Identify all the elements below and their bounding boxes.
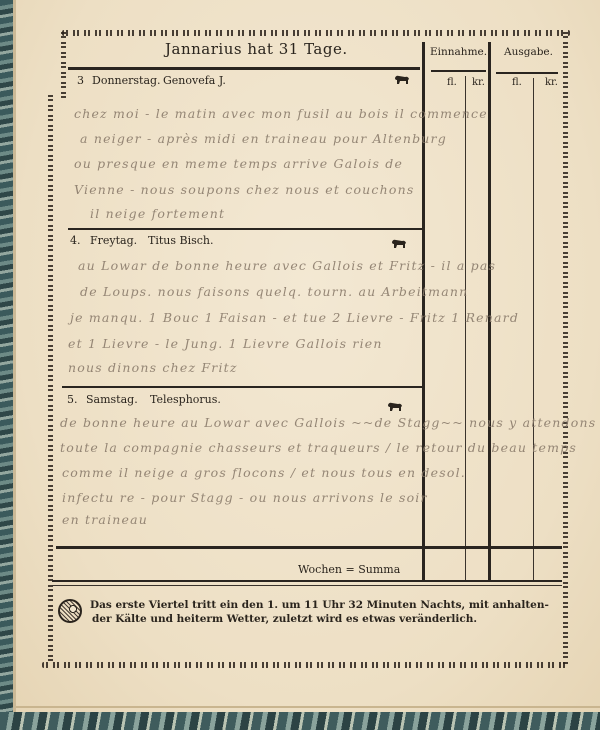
expense-kr-label: kr. [545,77,558,88]
day-number: 4. [70,234,81,247]
weekly-sum-label: Wochen = Summa [298,563,400,576]
lion-icon [394,74,410,85]
day-saint: Genovefa J. [163,74,226,87]
column-line-expense-split [533,78,534,582]
handwritten-line: et 1 Lievre - le Jung. 1 Lievre Gallois … [68,336,383,351]
handwritten-line: de bonne heure au Lowar avec Gallois ~~d… [60,415,596,430]
moon-phase-note: Das erste Viertel tritt ein den 1. um 11… [90,598,549,626]
handwritten-line: au Lowar de bonne heure avec Gallois et … [78,258,496,273]
book-binding-edge [0,0,13,730]
handwritten-line: toute la compagnie chasseurs et traqueur… [60,440,577,455]
weekly-sum-bottom-rule [52,580,562,582]
moon-note-line-2: der Kälte und heiterm Wetter, zuletzt wi… [90,612,549,626]
income-header: Einnahme. [430,46,487,58]
expense-header-rule [496,72,558,74]
ornament-border-left-upper [61,32,66,102]
day-separator [62,386,422,388]
weekly-sum-bottom-rule-2 [52,585,562,586]
lion-icon [387,401,403,412]
handwritten-line: infectu re - pour Stagg - ou nous arrivo… [62,490,428,505]
handwritten-line: ou presque en meme temps arrive Galois d… [74,156,403,171]
handwritten-line: Vienne - nous soupons chez nous et couch… [74,182,414,197]
day-weekday: Donnerstag. [92,74,161,87]
header-rule [68,67,420,70]
expense-fl-label: fl. [512,77,522,88]
expense-header: Ausgabe. [504,46,553,58]
income-kr-label: kr. [472,77,485,88]
day-separator [68,228,422,230]
weekly-sum-top-rule [56,546,562,549]
handwritten-line: de Loups. nous faisons quelq. tourn. au … [80,284,468,299]
ornament-border-bottom [42,662,570,668]
ornament-border-right [563,32,568,664]
ornament-border-top [62,30,570,36]
handwritten-line: je manqu. 1 Bouc 1 Faisan - et tue 2 Lie… [70,310,519,325]
moon-note-line-1: Das erste Viertel tritt ein den 1. um 11… [90,598,549,612]
handwritten-line: comme il neige a gros flocons / et nous … [62,465,466,480]
handwritten-line: a neiger - après midi en traineau pour A… [80,131,447,146]
handwritten-line: nous dinons chez Fritz [68,360,238,375]
day-saint: Telesphorus. [150,393,221,406]
day-weekday: Samstag. [86,393,138,406]
page-edge [16,706,600,708]
handwritten-line: en traineau [62,512,148,527]
income-fl-label: fl. [447,77,457,88]
day-number: 3 [77,74,84,87]
moon-first-quarter-icon [58,599,82,623]
month-title: Jannarius hat 31 Tage. [165,40,348,58]
day-saint: Titus Bisch. [148,234,214,247]
lion-icon [391,238,407,249]
column-line-income-split [465,76,466,582]
day-weekday: Freytag. [90,234,137,247]
handwritten-line: il neige fortement [90,206,225,221]
day-number: 5. [67,393,78,406]
book-cover-bottom [0,712,600,730]
income-header-rule [431,70,486,72]
handwritten-line: chez moi - le matin avec mon fusil au bo… [74,106,488,121]
